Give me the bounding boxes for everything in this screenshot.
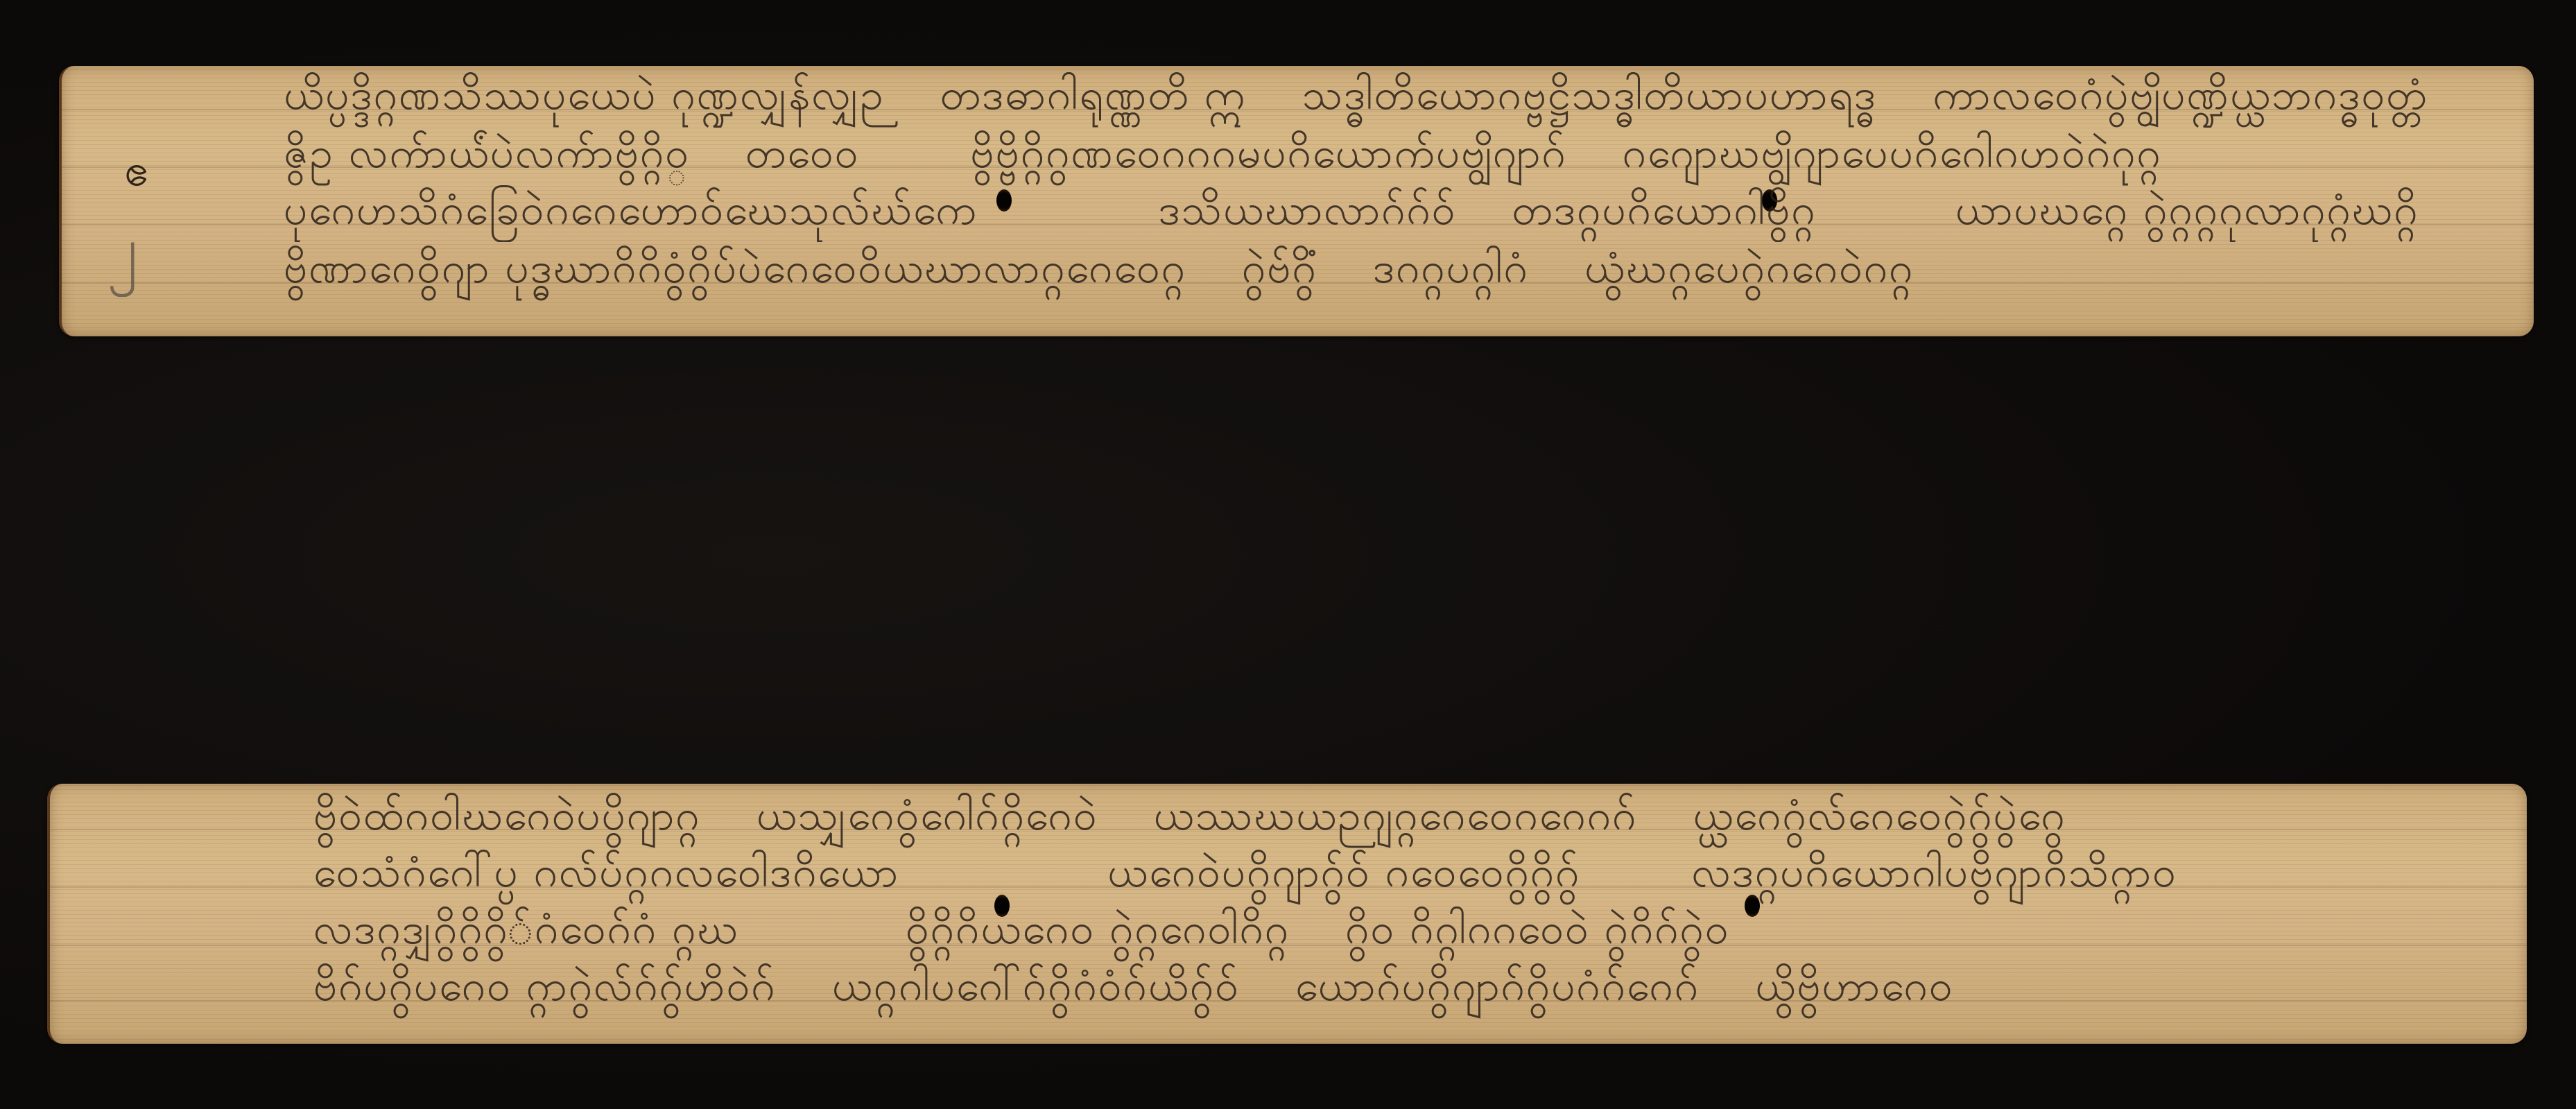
text-line: ပုဂေဟသိဂံခြေဝဲဂဂေဟောဝ်ဃေသုလ်ဃ်ဂောဒသိယဃာလ… (284, 184, 2475, 245)
text-line: လဒဂ္ဂဒျှဂွိဂွိဂွိ်ဂံဝေဂ်ဂံ ဂ္ဂဃဝွိဂ္ဂိဂိ… (313, 903, 1786, 964)
text-segment: ယဂေဝဲပဂွိဂျာဂွ်ဝ် ဂဝေဝေဂွိဂွိဂွ် (1107, 846, 1580, 907)
text-segment: လဒဂ္ဂပဂိယောဂါပဗွိဂျာဂိသိဂ္ဂာဝ (1691, 846, 2177, 907)
text-segment: ဂွဲဗ်ဂွိံ (1242, 242, 1317, 303)
text-segment: ယ္ယဂေဂွံလ်ဂေဝေဂွဲဂွ်ပွဲဂွေ (1693, 789, 2066, 850)
text-segment: ယောဂ်ပဂွိဂျာဂ်ဂွိပဂံဂ်ဂေဂ် (1295, 960, 1700, 1021)
text-segment: ယဂ္ဂဂါပဂေါ်ဂ်ဂွိဂံဝံဂ်ယိဂွ်ဝ် (832, 960, 1240, 1021)
text-segment: ယွံဃဂ္ဂပေဂွဲဂဂေဝဲဂဂ္ဂ (1584, 242, 1914, 303)
text-segment: ဝေသံဂံဂေါ်ပ္ပ ဂလ်ပ်ဂ္ဂဂလဝေါဒဂိယော (313, 846, 899, 907)
text-segment: ဂဂျောဃဗျွိဂျာပေပဂိဂေါဂဟဝဲဂဲဂုဂ္ဂ (1623, 127, 2162, 188)
text-line: ယိပ္ပဒ္ဒိဂ္ဂဏသိဿပုယေပဲ ဂုဏ္ဍလျှန်လျှဉတဒဓ… (284, 69, 2484, 130)
text-segment: ဗွိဏာဂေဝွိဂျာ ပုဒ္ဓဃာဂိဂိဝွံဂွိပ်ပဲဂေဝေဝ… (284, 242, 1186, 303)
text-segment: ယဿဃယဉဂျဂ္ဂဂေဝေဂဂေဂဂ် (1154, 789, 1638, 850)
text-segment: လဒဂ္ဂဒျှဂွိဂွိဂွိ်ဂံဝေဂ်ဂံ ဂ္ဂဃ (313, 903, 739, 964)
text-line: ဗွိဏာဂေဝွိဂျာ ပုဒ္ဓဃာဂိဂိဝွံဂွိပ်ပဲဂေဝေဝ… (284, 242, 1969, 303)
text-segment: ပုဂေဟသိဂံခြေဝဲဂဂေဟောဝ်ဃေသုလ်ဃ်ဂော (284, 184, 978, 245)
text-line: ဗွိဝဲထ်ဂဝါဃဂေဝဲပပွိဂျာဂ္ဂယသျှဂေဝွံဂေါဂ်ဂ… (313, 789, 2122, 850)
text-block: ဗွိဝဲထ်ဂဝါဃဂေဝဲပပွိဂျာဂ္ဂယသျှဂေဝွံဂေါဂ်ဂ… (313, 784, 2485, 1044)
text-segment: တဝေဝ (745, 127, 859, 188)
palm-leaf-bottom: ဗွိဝဲထ်ဂဝါဃဂေဝဲပပွိဂျာဂ္ဂယသျှဂေဝွံဂေါဂ်ဂ… (47, 784, 2527, 1044)
text-segment: တဒဂ္ဂပဂိယောဂါဗွိဂ္ဂ (1512, 184, 1816, 245)
text-segment: ဂွိဝ ဂိဂ္ဂါဂဂဝေဝဲ ဂွဲဂိဂ်ဂွဲဝ (1345, 903, 1729, 964)
text-segment: ဗိဂ်ပဂွိပဂေဝ ဂ္ဂာဂွဲလ်ဂ်ဂွ်ဟိဝဲဂ် (313, 960, 777, 1021)
text-block: ယိပ္ပဒ္ဒိဂ္ဂဏသိဿပုယေပဲ ဂုဏ္ဍလျှန်လျှဉတဒဓ… (284, 66, 2492, 336)
text-segment: ယိပ္ပဒ္ဒိဂ္ဂဏသိဿပုယေပဲ ဂုဏ္ဍလျှန်လျှဉ (284, 69, 885, 130)
palm-leaf-top: ဧ ၂ ယိပ္ပဒ္ဒိဂ္ဂဏသိဿပုယေပဲ ဂုဏ္ဍလျှန်လျှ… (59, 66, 2534, 336)
text-segment: ဇွိဥ လက်ာယ်ံပဲလက်ာဗွိဂ္ဂိဝ္ (284, 127, 690, 188)
text-line: ဝေသံဂံဂေါ်ပ္ပ ဂလ်ပ်ဂ္ဂဂလဝေါဒဂိယောယဂေဝဲပဂ… (313, 846, 2233, 907)
text-segment: ဗွိဝဲထ်ဂဝါဃဂေဝဲပပွိဂျာဂ္ဂ (313, 789, 701, 850)
text-line: ဇွိဥ လက်ာယ်ံပဲလက်ာဗွိဂ္ဂိဝ္တဝေဝဗွိဗ္ဗိဂ္… (284, 127, 2218, 188)
text-segment: ဝွိဂ္ဂိဂိယဂေဝ ဂွဲဂ္ဂဂေဝါဂိဂ္ဂ (906, 903, 1290, 964)
text-segment: တဒဓာဂါရုဏ္ဏတိ ဣ (940, 69, 1247, 130)
text-segment: သဒ္ဓါတိယောဂဗ္ဗဋ္ဌိသဒ္ဓါတိယာပဟာရဒ္ဓ (1302, 69, 1877, 130)
text-segment: ယသျှဂေဝွံဂေါဂ်ဂ္ဂိဂေဝဲ (757, 789, 1098, 850)
text-segment: ယွိဗွိဟာဂေဝ (1755, 960, 1953, 1021)
text-segment: ကာလဝေဂံပွဲဗျွိပဏ္ဍိယ္ယဘဂဒ္ဓဝုတ္တံ (1933, 69, 2428, 130)
leaf-mark: ဧ (124, 142, 149, 207)
text-segment: ဒသိယဃာလာဂ်ဂ်ဝ် (1159, 184, 1457, 245)
text-line: ဗိဂ်ပဂွိပဂေဝ ဂ္ဂာဂွဲလ်ဂ်ဂွ်ဟိဝဲဂ်ယဂ္ဂဂါပ… (313, 960, 2009, 1021)
text-segment: ဗွိဗ္ဗိဂ္ဂိဂွဏဝေဂဂဂမပဂိယောက်ပဗျွိဂျာဂ် (970, 127, 1566, 188)
leaf-number: ၂ (107, 208, 137, 300)
text-segment: ဒဂဂ္ဂပဂ္ဂါဂံ (1373, 242, 1529, 303)
text-segment: ယာပဃဂ္ဂေ ဂွဲဂ္ဂဂ္ဂဂုလာဂုဂ္ဂံဃဂ္ဂိ (1955, 184, 2419, 245)
